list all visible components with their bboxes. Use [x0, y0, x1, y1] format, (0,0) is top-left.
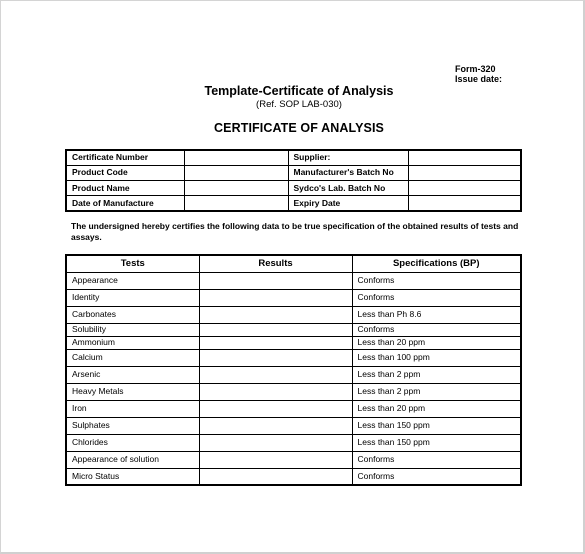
table-row: Heavy MetalsLess than 2 ppm — [66, 383, 521, 400]
info-row: Certificate Number Supplier: — [66, 150, 521, 165]
specification: Less than 2 ppm — [352, 383, 521, 400]
result-field[interactable] — [199, 323, 352, 336]
issue-date-label: Issue date: — [455, 74, 502, 84]
result-field[interactable] — [199, 349, 352, 366]
document-reference: (Ref. SOP LAB-030) — [1, 99, 585, 110]
result-field[interactable] — [199, 451, 352, 468]
table-row: ArsenicLess than 2 ppm — [66, 366, 521, 383]
expiry-date-field[interactable] — [408, 196, 521, 211]
table-row: AmmoniumLess than 20 ppm — [66, 336, 521, 349]
result-field[interactable] — [199, 306, 352, 323]
info-label: Date of Manufacture — [66, 196, 184, 211]
info-label: Expiry Date — [288, 196, 408, 211]
test-name: Appearance — [66, 272, 199, 289]
specification: Less than 20 ppm — [352, 400, 521, 417]
form-info: Form-320 Issue date: — [455, 64, 502, 84]
manufacturer-batch-field[interactable] — [408, 165, 521, 180]
tests-header-row: Tests Results Specifications (BP) — [66, 255, 521, 272]
table-row: SulphatesLess than 150 ppm — [66, 417, 521, 434]
test-name: Carbonates — [66, 306, 199, 323]
result-field[interactable] — [199, 272, 352, 289]
table-row: AppearanceConforms — [66, 272, 521, 289]
certification-statement: The undersigned hereby certifies the fol… — [71, 221, 541, 242]
test-name: Solubility — [66, 323, 199, 336]
test-name: Chlorides — [66, 434, 199, 451]
certificate-info-table: Certificate Number Supplier: Product Cod… — [65, 149, 522, 212]
specification: Less than 150 ppm — [352, 417, 521, 434]
specification: Less than 100 ppm — [352, 349, 521, 366]
info-label: Certificate Number — [66, 150, 184, 165]
result-field[interactable] — [199, 336, 352, 349]
form-number: Form-320 — [455, 64, 502, 74]
table-row: CalciumLess than 100 ppm — [66, 349, 521, 366]
test-name: Sulphates — [66, 417, 199, 434]
column-header-results: Results — [199, 255, 352, 272]
lab-batch-field[interactable] — [408, 181, 521, 196]
result-field[interactable] — [199, 434, 352, 451]
info-label: Manufacturer's Batch No — [288, 165, 408, 180]
manufacture-date-field[interactable] — [184, 196, 288, 211]
table-row: SolubilityConforms — [66, 323, 521, 336]
specification: Less than 150 ppm — [352, 434, 521, 451]
specification: Conforms — [352, 289, 521, 306]
table-row: CarbonatesLess than Ph 8.6 — [66, 306, 521, 323]
test-name: Micro Status — [66, 468, 199, 485]
test-name: Iron — [66, 400, 199, 417]
result-field[interactable] — [199, 289, 352, 306]
test-name: Identity — [66, 289, 199, 306]
specification: Less than Ph 8.6 — [352, 306, 521, 323]
result-field[interactable] — [199, 383, 352, 400]
specification: Conforms — [352, 468, 521, 485]
table-row: Micro StatusConforms — [66, 468, 521, 485]
table-row: ChloridesLess than 150 ppm — [66, 434, 521, 451]
certificate-heading: CERTIFICATE OF ANALYSIS — [1, 121, 585, 135]
test-name: Calcium — [66, 349, 199, 366]
info-label: Supplier: — [288, 150, 408, 165]
test-name: Ammonium — [66, 336, 199, 349]
supplier-field[interactable] — [408, 150, 521, 165]
info-label: Product Code — [66, 165, 184, 180]
test-name: Appearance of solution — [66, 451, 199, 468]
table-row: Appearance of solutionConforms — [66, 451, 521, 468]
specification: Conforms — [352, 323, 521, 336]
specification: Conforms — [352, 451, 521, 468]
certificate-number-field[interactable] — [184, 150, 288, 165]
product-name-field[interactable] — [184, 181, 288, 196]
document-title: Template-Certificate of Analysis — [1, 84, 585, 98]
table-row: IdentityConforms — [66, 289, 521, 306]
info-row: Product Code Manufacturer's Batch No — [66, 165, 521, 180]
info-row: Date of Manufacture Expiry Date — [66, 196, 521, 211]
specification: Less than 2 ppm — [352, 366, 521, 383]
column-header-tests: Tests — [66, 255, 199, 272]
result-field[interactable] — [199, 417, 352, 434]
document-page: Form-320 Issue date: Template-Certificat… — [0, 0, 585, 554]
product-code-field[interactable] — [184, 165, 288, 180]
specification: Conforms — [352, 272, 521, 289]
test-name: Heavy Metals — [66, 383, 199, 400]
info-row: Product Name Sydco's Lab. Batch No — [66, 181, 521, 196]
result-field[interactable] — [199, 468, 352, 485]
info-label: Product Name — [66, 181, 184, 196]
table-row: IronLess than 20 ppm — [66, 400, 521, 417]
info-label: Sydco's Lab. Batch No — [288, 181, 408, 196]
test-name: Arsenic — [66, 366, 199, 383]
tests-table: Tests Results Specifications (BP) Appear… — [65, 254, 522, 486]
column-header-specifications: Specifications (BP) — [352, 255, 521, 272]
result-field[interactable] — [199, 366, 352, 383]
result-field[interactable] — [199, 400, 352, 417]
specification: Less than 20 ppm — [352, 336, 521, 349]
